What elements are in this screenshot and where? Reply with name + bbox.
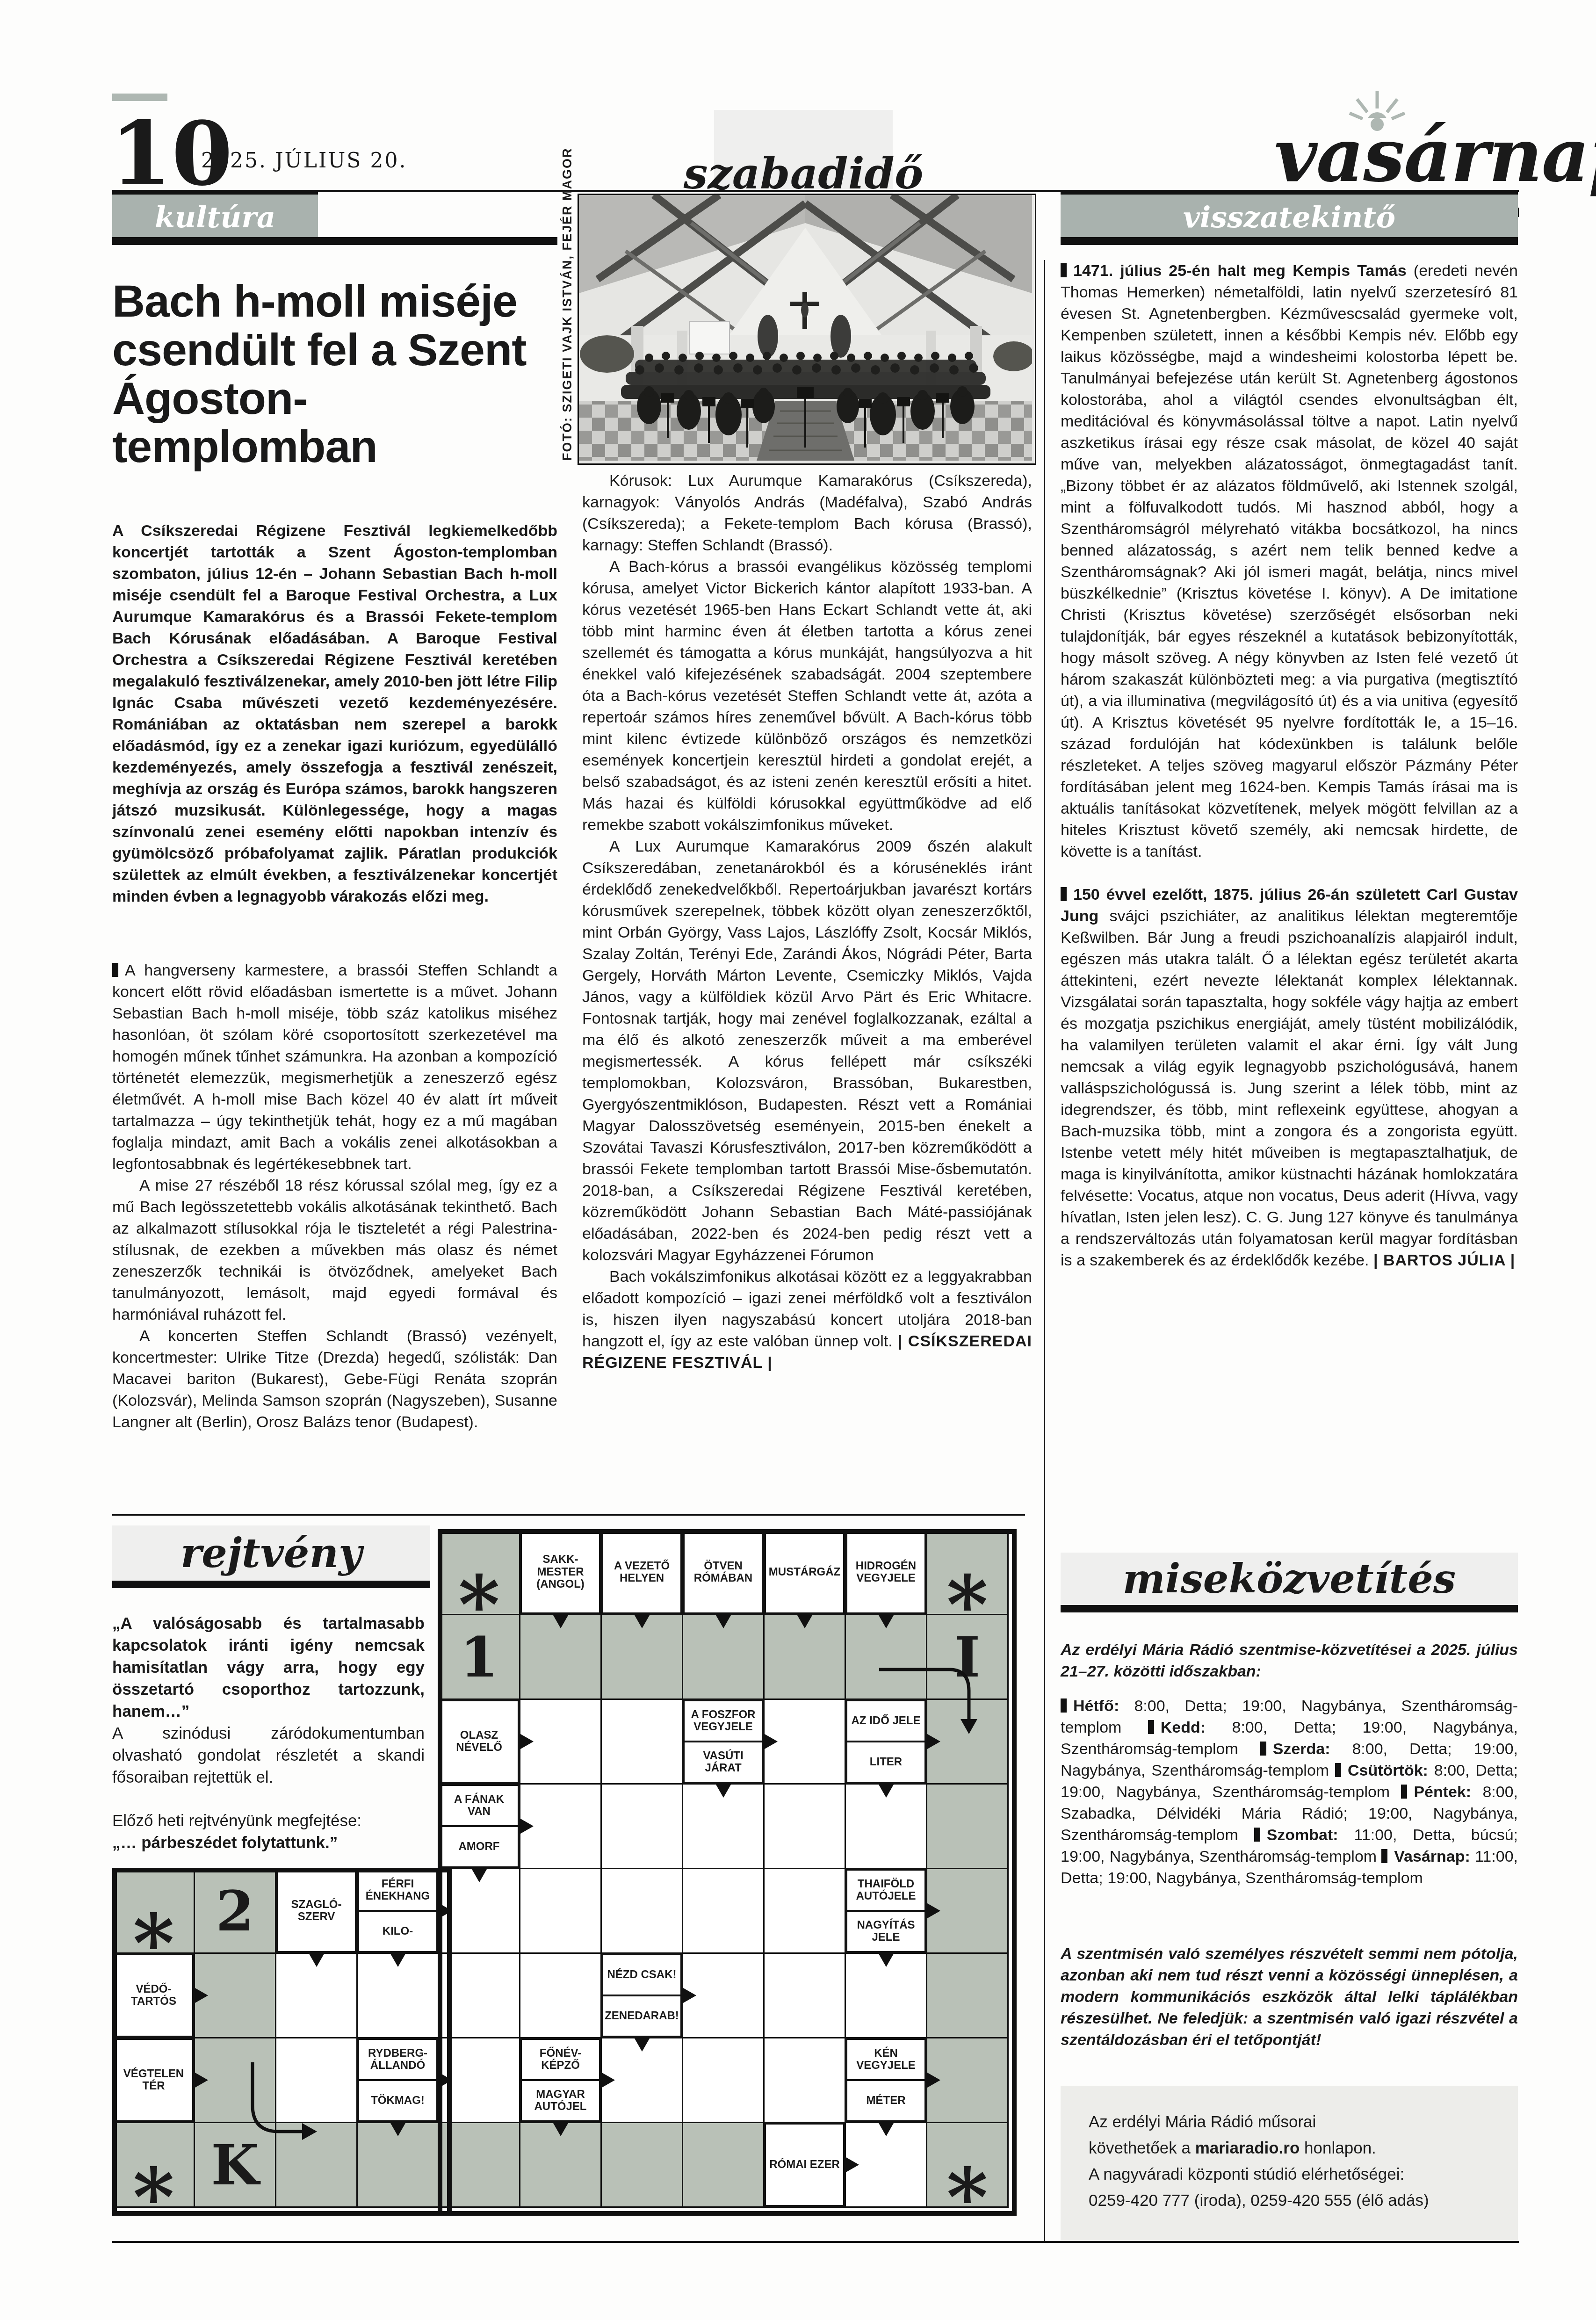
church-concert-illustration bbox=[579, 195, 1032, 461]
day-name: Péntek: bbox=[1414, 1783, 1482, 1801]
day-marker bbox=[1260, 1742, 1266, 1756]
body-paragraph: Bach vokálszimfonikus alkotásai között e… bbox=[582, 1266, 1032, 1373]
mise-outro: A szentmisén való személyes részvételt s… bbox=[1061, 1943, 1518, 2079]
date: 2025. JÚLIUS 20. bbox=[201, 149, 407, 173]
day-marker bbox=[1254, 1828, 1260, 1842]
photo-credit: FOTÓ: SZIGETI VAJK ISTVÁN, FEJÉR MAGOR bbox=[560, 147, 575, 461]
byline: | BARTOS JÚLIA | bbox=[1373, 1251, 1515, 1269]
day-marker bbox=[1401, 1785, 1407, 1799]
website-url: mariaradio.ro bbox=[1195, 2139, 1300, 2157]
concert-photo bbox=[578, 194, 1036, 465]
item-marker bbox=[1061, 263, 1067, 277]
newspaper-page: 10 2025. JÚLIUS 20. szabadidő vasárnap bbox=[0, 0, 1596, 2320]
crossword-solution-arrows bbox=[112, 1529, 1007, 2206]
day-marker bbox=[1061, 1698, 1067, 1713]
item-lead: 150 évvel ezelőtt, 1875. július 26-án sz… bbox=[1061, 886, 1518, 925]
schedule-paragraph: Hétfő: 8:00, Detta; 19:00, Nagybánya, Sz… bbox=[1061, 1695, 1518, 1889]
item-lead: 1471. július 25-én halt meg Kempis Tamás bbox=[1073, 262, 1407, 280]
info-box-line: Az erdélyi Mária Rádió műsorai bbox=[1089, 2109, 1490, 2135]
item-marker bbox=[1061, 887, 1067, 901]
body-paragraph: A hangverseny karmestere, a brassói Stef… bbox=[112, 960, 557, 1175]
kultura-thick-rule bbox=[112, 237, 557, 245]
mise-schedule: Hétfő: 8:00, Detta; 19:00, Nagybánya, Sz… bbox=[1061, 1695, 1518, 1934]
article-middle-column: Kórusok: Lux Aurumque Kamarakórus (Csíks… bbox=[582, 470, 1032, 1513]
info-box-line: követhetőek a mariaradio.ro honlapon. bbox=[1089, 2135, 1490, 2161]
article-left-column: Bach h-moll miséje csendült fel a Szent … bbox=[112, 277, 557, 471]
article-title: Bach h-moll miséje csendült fel a Szent … bbox=[112, 277, 557, 471]
crossword-grid: *SAKK- MESTER (ANGOL)A VEZETŐ HELYENÖTVE… bbox=[112, 1529, 1007, 2206]
body-paragraph: A mise 27 részéből 18 rész kórussal szól… bbox=[112, 1175, 557, 1325]
info-box-line: 0259-420 777 (iroda), 0259-420 555 (élő … bbox=[1089, 2188, 1490, 2214]
visszatekinto-thick-rule bbox=[1061, 237, 1518, 245]
day-marker bbox=[1335, 1763, 1341, 1777]
visszatekinto-item: 1471. július 25-én halt meg Kempis Tamás… bbox=[1061, 260, 1518, 862]
day-name: Vasárnap: bbox=[1394, 1848, 1475, 1865]
info-box-line: A nagyváradi központi stúdió elérhetőség… bbox=[1089, 2161, 1490, 2188]
day-name: Kedd: bbox=[1161, 1719, 1232, 1736]
day-name: Csütörtök: bbox=[1348, 1762, 1434, 1779]
day-name: Szombat: bbox=[1267, 1826, 1354, 1844]
day-marker bbox=[1148, 1720, 1154, 1734]
mise-info-box: Az erdélyi Mária Rádió műsoraikövethetőe… bbox=[1061, 2086, 1518, 2241]
visszatekinto-bar: visszatekintő bbox=[1061, 192, 1518, 239]
visszatekinto-label: visszatekintő bbox=[1183, 200, 1395, 234]
body-paragraph: A koncerten Steffen Schlandt (Brassó) ve… bbox=[112, 1325, 557, 1433]
article-lead: A Csíkszeredai Régizene Fesztivál legkie… bbox=[112, 520, 557, 955]
day-marker bbox=[1381, 1849, 1387, 1863]
column-divider bbox=[1044, 260, 1045, 2242]
bottom-rule bbox=[112, 2241, 1519, 2243]
body-paragraph: A Lux Aurumque Kamarakórus 2009 őszén al… bbox=[582, 836, 1032, 1266]
mise-underline bbox=[1061, 1605, 1518, 1612]
decor-sage-bar-top bbox=[112, 94, 167, 101]
body-paragraph: Kórusok: Lux Aurumque Kamarakórus (Csíks… bbox=[582, 470, 1032, 556]
day-name: Szerda: bbox=[1273, 1740, 1352, 1758]
mise-label: miseközvetítés bbox=[1123, 1555, 1456, 1603]
body-paragraph: A Bach-kórus a brassói evangélikus közös… bbox=[582, 556, 1032, 836]
day-name: Hétfő: bbox=[1073, 1697, 1134, 1715]
mise-header-box: miseközvetítés bbox=[1061, 1553, 1518, 1605]
kultura-bar: kultúra bbox=[112, 192, 318, 239]
visszatekinto-column: 1471. július 25-én halt meg Kempis Tamás… bbox=[1061, 260, 1518, 1551]
byline: | CSÍKSZEREDAI RÉGIZENE FESZTIVÁL | bbox=[582, 1332, 1032, 1372]
kultura-label: kultúra bbox=[155, 200, 275, 234]
item-marker bbox=[112, 963, 118, 977]
article-body: A hangverseny karmestere, a brassói Stef… bbox=[112, 960, 557, 1507]
rejtveny-top-rule bbox=[112, 1514, 1025, 1516]
masthead-logo: vasárnap bbox=[1274, 112, 1596, 199]
mise-intro: Az erdélyi Mária Rádió szentmise-közvetí… bbox=[1061, 1639, 1518, 1682]
visszatekinto-item: 150 évvel ezelőtt, 1875. július 26-án sz… bbox=[1061, 884, 1518, 1271]
